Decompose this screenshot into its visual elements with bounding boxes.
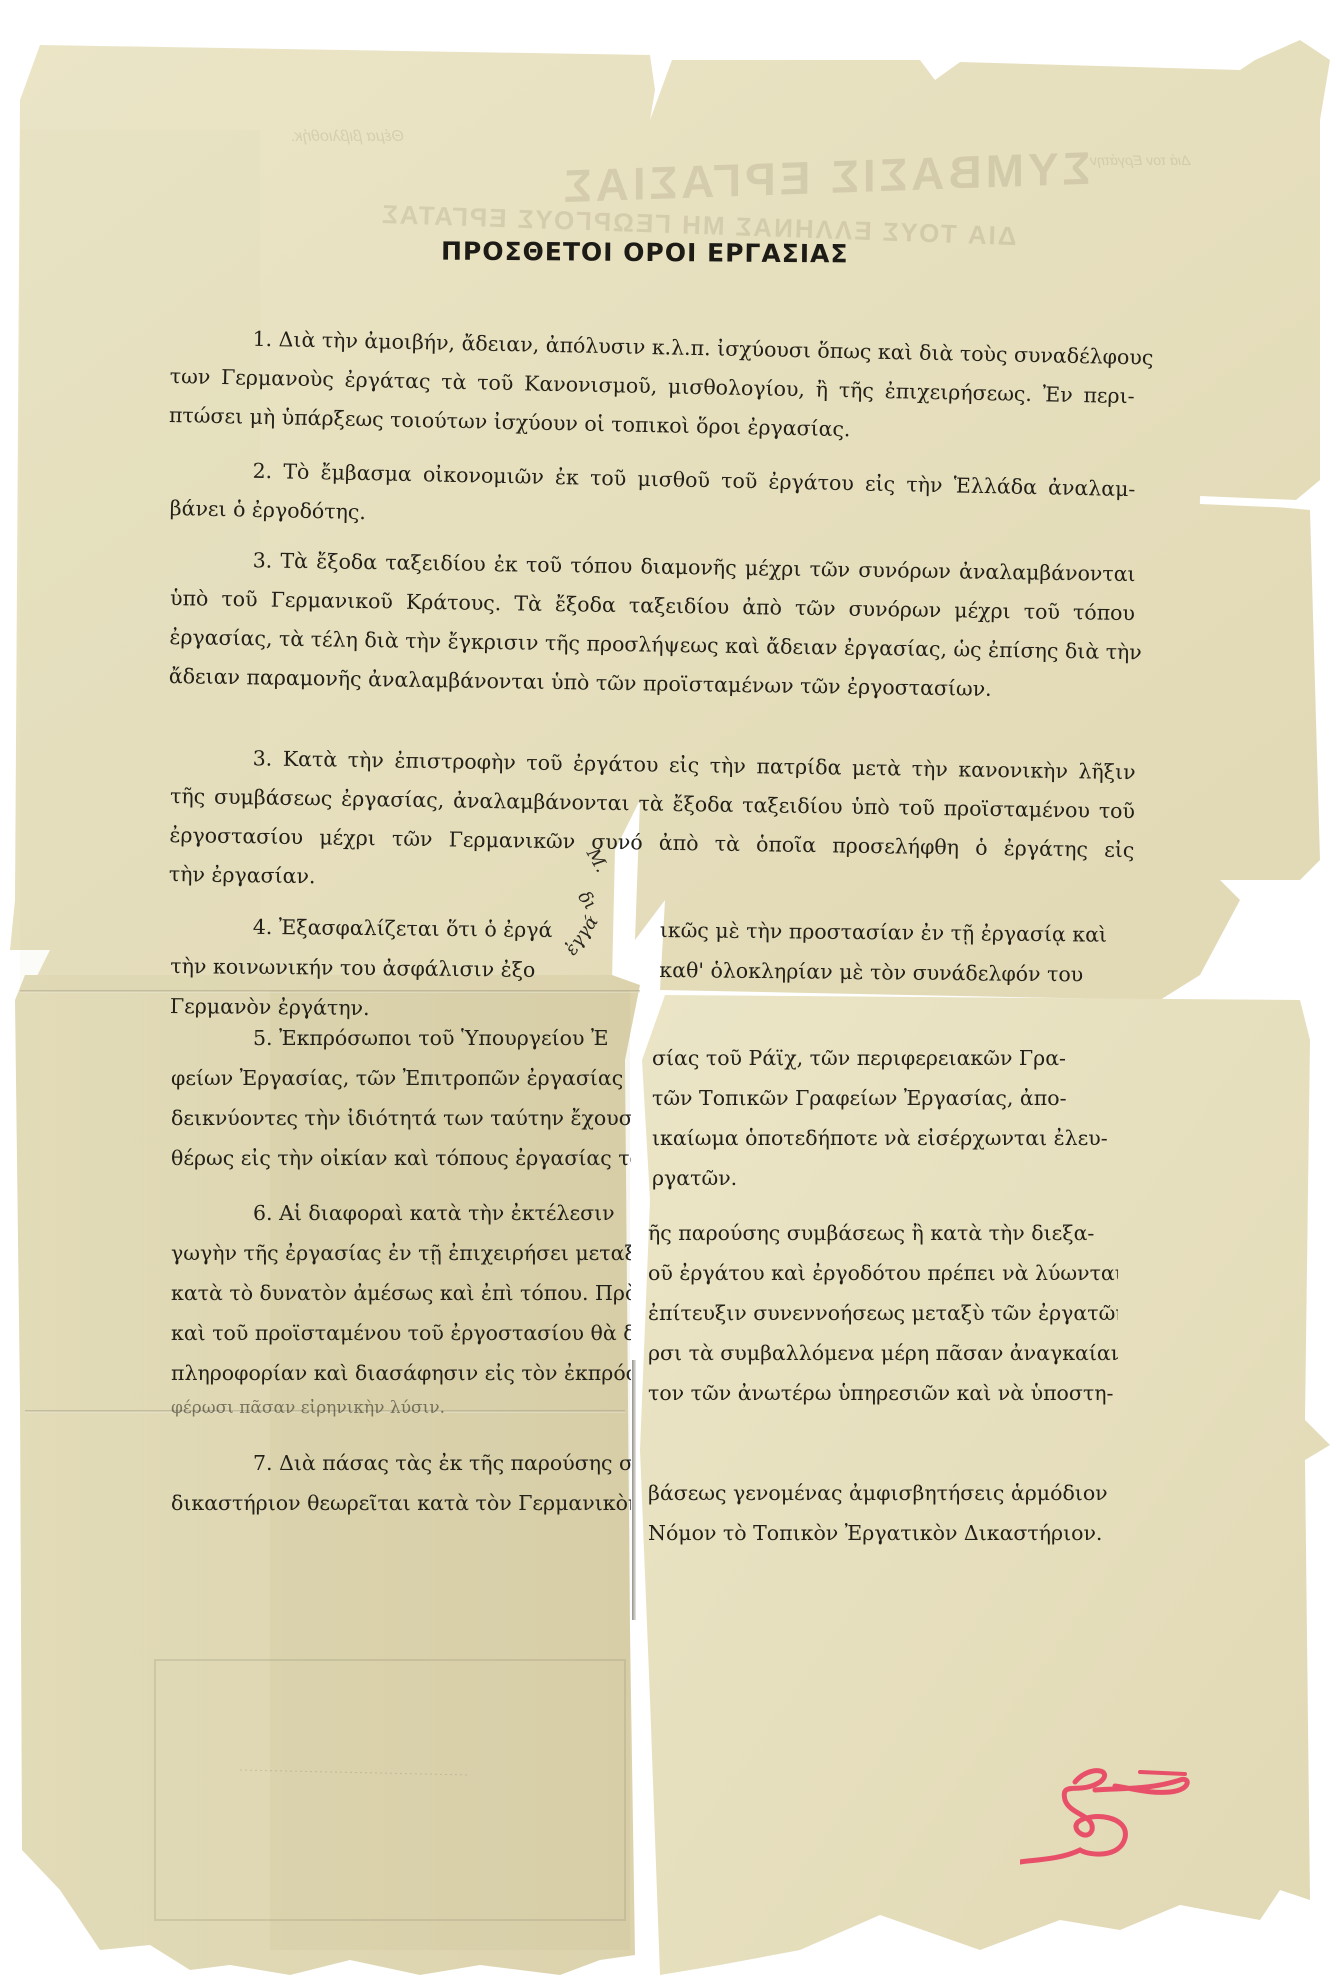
- paragraph-line: ρσι τὰ συμβαλλόμενα μέρη πᾶσαν ἀναγκαίαν: [648, 1333, 1118, 1373]
- paragraph-line: 6. Αἱ διαφοραὶ κατὰ τὴν ἐκτέλεσιν: [171, 1193, 631, 1233]
- paragraph-line: τῶν Τοπικῶν Γραφείων Ἐργασίας, ἀπο-: [652, 1078, 1122, 1118]
- paragraph-4-right: ικῶς μὲ τὴν προστασίαν ἐν τῇ ἐργασίᾳ καὶ…: [659, 910, 1130, 995]
- paragraph-line: σίας τοῦ Ράϊχ, τῶν περιφερειακῶν Γρα-: [652, 1038, 1122, 1078]
- paragraph-1: 1. Διὰ τὴν ἀμοιβήν, ἄδειαν, ἀπόλυσιν κ.λ…: [169, 318, 1136, 455]
- tear-seam: [632, 1360, 636, 1620]
- paragraph-7-right: βάσεως γενομένας ἀμφισβητήσεις ἁρμόδιον …: [648, 1473, 1118, 1553]
- paragraph-line: κατὰ τὸ δυνατὸν ἀμέσως καὶ ἐπὶ τόπου. Πρ…: [171, 1273, 631, 1313]
- paragraph-line: ἐπίτευξιν συνεννοήσεως μεταξὺ τῶν ἐργατῶ…: [648, 1293, 1118, 1333]
- paragraph-line: τον τῶν ἀνωτέρω ὑπηρεσιῶν καὶ νὰ ὑποστη-: [648, 1373, 1118, 1413]
- paragraph-3: 3. Τὰ ἔξοδα ταξειδίου ἐκ τοῦ τόπου διαμο…: [169, 540, 1136, 711]
- paragraph-line: δεικνύοντες τὴν ἰδιότητά των ταύτην ἔχου…: [171, 1098, 631, 1138]
- paragraph-5-right: σίας τοῦ Ράϊχ, τῶν περιφερειακῶν Γρα- τῶ…: [652, 1038, 1122, 1198]
- paragraph-line: καὶ τοῦ προϊσταμένου τοῦ ἐργοστασίου θὰ …: [171, 1313, 631, 1353]
- paragraph-7-left: 7. Διὰ πάσας τὰς ἐκ τῆς παρούσης σ δικασ…: [171, 1443, 631, 1523]
- paragraph-line: 5. Ἐκπρόσωποι τοῦ Ὑπουργείου Ἐ: [171, 1018, 631, 1058]
- paragraph-line: καθ' ὁλοκληρίαν μὲ τὸν συνάδελφόν του: [659, 950, 1129, 995]
- paragraph-line: οῦ ἐργάτου καὶ ἐργοδότου πρέπει νὰ λύωντ…: [648, 1253, 1118, 1293]
- paragraph-line: ργατῶν.: [652, 1158, 1122, 1198]
- bleed-through-right-label: Διά τον Εργάτην: [1090, 152, 1190, 168]
- paragraph-line: γωγὴν τῆς ἐργασίας ἐν τῇ ἐπιχειρήσει μετ…: [171, 1233, 631, 1273]
- paragraph-6-left: 6. Αἱ διαφοραὶ κατὰ τὴν ἐκτέλεσιν γωγὴν …: [171, 1193, 631, 1423]
- paragraph-line: 7. Διὰ πάσας τὰς ἐκ τῆς παρούσης σ: [171, 1443, 631, 1483]
- paragraph-line: Νόμον τὸ Τοπικὸν Ἐργατικὸν Δικαστήριον.: [648, 1513, 1118, 1553]
- document-title: ΠΡΟΣΘΕΤΟΙ ΟΡΟΙ ΕΡΓΑΣΙΑΣ: [441, 237, 849, 269]
- paragraph-4-left: 4. Ἐξασφαλίζεται ὅτι ὁ ἐργά τὴν κοινωνικ…: [170, 906, 631, 1031]
- paragraph-line: τὴν κοινωνικήν του ἀσφάλισιν ἐξο: [170, 946, 630, 991]
- paragraph-line: θέρως εἰς τὴν οἰκίαν καὶ τόπους ἐργασίας…: [171, 1138, 631, 1178]
- paragraph-3b: 3. Κατὰ τὴν ἐπιστροφὴν τοῦ ἐργάτου εἰς τ…: [169, 738, 1136, 909]
- paragraph-line: ῆς παρούσης συμβάσεως ἢ κατὰ τὴν διεξα-: [648, 1213, 1118, 1253]
- paragraph-line: φέρωσι πᾶσαν εἰρηνικὴν λύσιν.: [171, 1393, 631, 1423]
- paragraph-line: φείων Ἐργασίας, τῶν Ἐπιτροπῶν ἐργασίας: [171, 1058, 631, 1098]
- paragraph-6-right: ῆς παρούσης συμβάσεως ἢ κατὰ τὴν διεξα- …: [648, 1213, 1118, 1413]
- paragraph-line: δικαστήριον θεωρεῖται κατὰ τὸν Γερμανικὸ…: [171, 1483, 631, 1523]
- document-scan: ΣΥΜΒΑΣΙΣ ΕΡΓΑΣΙΑΣ ΔΙΑ ΤΟΥΣ ΕΛΛΗΝΑΣ ΜΗ ΓΕ…: [0, 0, 1336, 1983]
- paragraph-line: ικῶς μὲ τὴν προστασίαν ἐν τῇ ἐργασίᾳ καὶ: [660, 910, 1130, 955]
- paragraph-line: 4. Ἐξασφαλίζεται ὅτι ὁ ἐργά: [171, 906, 631, 951]
- bleed-through-left-label: Θέμα βιβλιοθήκ.: [290, 128, 404, 146]
- paragraph-line: ικαίωμα ὁποτεδήποτε νὰ εἰσέρχωνται ἐλευ-: [652, 1118, 1122, 1158]
- paragraph-line: πληροφορίαν καὶ διασάφησιν εἰς τὸν ἐκπρό…: [171, 1353, 631, 1393]
- paragraph-5-left: 5. Ἐκπρόσωποι τοῦ Ὑπουργείου Ἐ φείων Ἐργ…: [171, 1018, 631, 1178]
- handwritten-page-number: [1020, 1760, 1200, 1880]
- paragraph-line: βάσεως γενομένας ἀμφισβητήσεις ἁρμόδιον: [648, 1473, 1118, 1513]
